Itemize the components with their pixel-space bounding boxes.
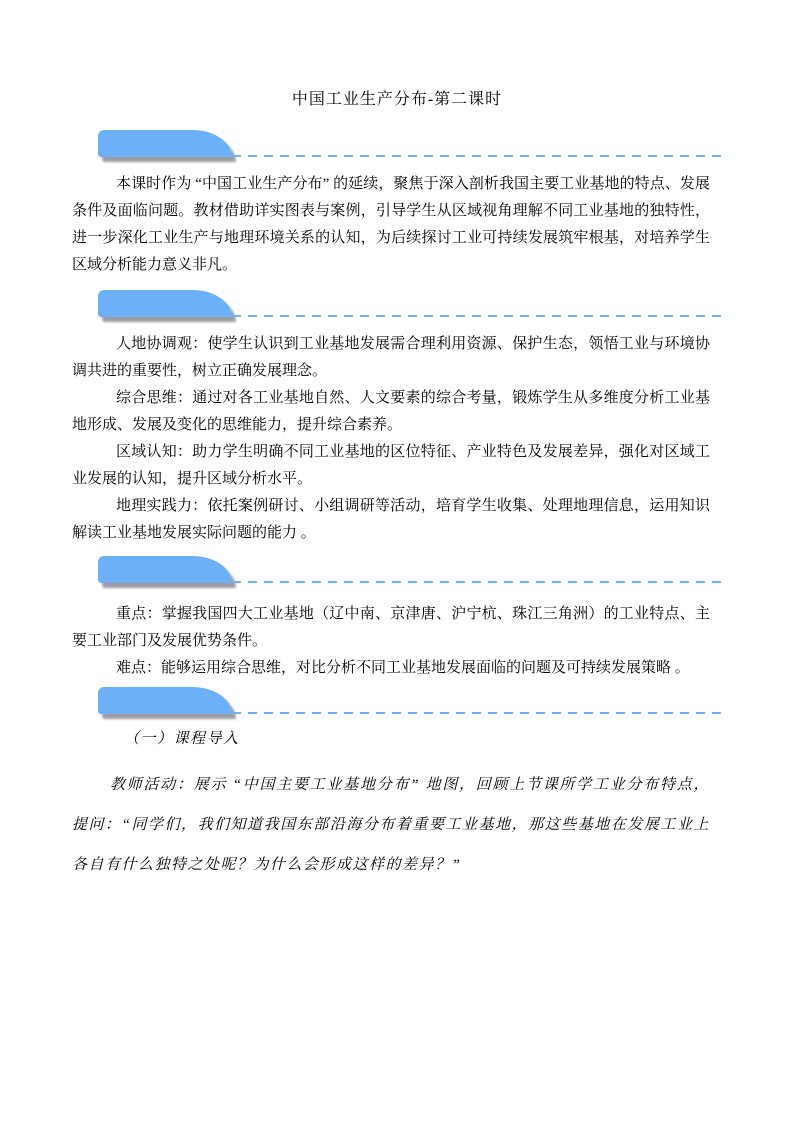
section-dashed-rule [232,315,723,317]
paragraph: 重点：掌握我国四大工业基地（辽中南、京津唐、沪宁杭、珠江三角洲）的工业特点、主要… [72,601,710,655]
paragraph: 地理实践力：依托案例研讨、小组调研等活动，培育学生收集、处理地理信息，运用知识解… [72,493,710,547]
section-banner-shape [98,556,232,583]
section-header-core-literacy [98,290,723,317]
paragraph: 本课时作为 “中国工业生产分布” 的延续，聚焦于深入剖析我国主要工业基地的特点、… [72,171,710,279]
paragraph: 区域认知：助力学生明确不同工业基地的区位特征、产业特色及发展差异，强化对区域工业… [72,439,710,493]
section-dashed-rule [232,155,723,157]
section-dashed-rule [232,712,723,714]
lesson-intro-heading: （一）课程导入 [72,726,710,753]
paragraph: 教师活动：展示 “中国主要工业基地分布” 地图，回顾上节课所学工业分布特点，提问… [72,765,710,885]
textbook-analysis-text: 本课时作为 “中国工业生产分布” 的延续，聚焦于深入剖析我国主要工业基地的特点、… [72,171,710,279]
document-page: 中国工业生产分布-第二课时 本课时作为 “中国工业生产分布” 的延续，聚焦于深入… [0,0,794,1123]
paragraph: 综合思维：通过对各工业基地自然、人文要素的综合考量，锻炼学生从多维度分析工业基地… [72,385,710,439]
key-points-text: 重点：掌握我国四大工业基地（辽中南、京津唐、沪宁杭、珠江三角洲）的工业特点、主要… [72,601,710,682]
teacher-activity-text: 教师活动：展示 “中国主要工业基地分布” 地图，回顾上节课所学工业分布特点，提问… [72,765,710,885]
section-banner-shape [98,687,232,714]
section-header-textbook-analysis [98,130,723,157]
section-banner-shape [98,130,232,157]
section-header-key-points [98,556,723,583]
section-header-teaching-process [98,687,723,714]
document-title: 中国工业生产分布-第二课时 [0,90,794,110]
section-dashed-rule [232,581,723,583]
paragraph: 难点：能够运用综合思维，对比分析不同工业基地发展面临的问题及可持续发展策略 。 [72,655,710,682]
core-literacy-text: 人地协调观：使学生认识到工业基地发展需合理利用资源、保护生态，领悟工业与环境协调… [72,331,710,547]
paragraph: 人地协调观：使学生认识到工业基地发展需合理利用资源、保护生态，领悟工业与环境协调… [72,331,710,385]
section-banner-shape [98,290,232,317]
